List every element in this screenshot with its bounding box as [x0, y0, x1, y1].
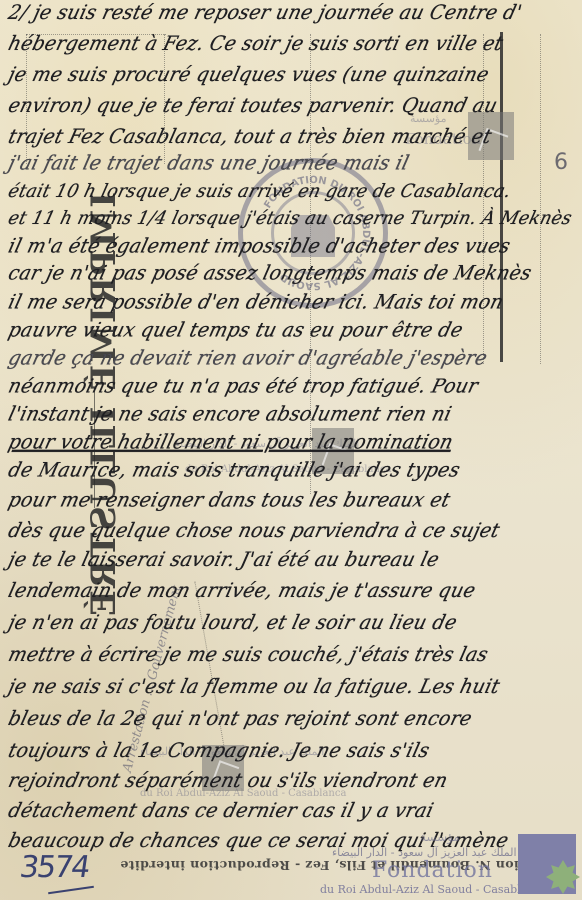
letter-line: dès que quelque chose nous parviendra à … — [6, 519, 502, 542]
foundation-arabic-title: مؤسسة — [420, 830, 460, 844]
letter-line: garde ça ne devait rien avoir d'agréable… — [6, 347, 490, 370]
dotted-guide-line — [540, 34, 541, 364]
letter-line: bleus de la 2e qui n'ont pas rejoint son… — [6, 707, 474, 730]
letter-line: mettre à écrire je me suis couché, j'éta… — [6, 643, 491, 666]
letter-line: 2/ je suis resté me reposer une journée … — [6, 1, 524, 24]
foundation-word: Fondation — [372, 858, 493, 883]
letter-line: et 11 h moins 1/4 lorsque j'étais au cas… — [6, 208, 574, 229]
letter-line: toujours à la 1e Compagnie. Je ne sais s… — [6, 739, 432, 762]
letter-line: je te le laisserai savoir. J'ai été au b… — [6, 548, 442, 571]
postcard-back: FONDATION DU ROI ABDUL-AZIZ AL SAOUD مؤس… — [0, 0, 582, 900]
letter-line: environ) que je te ferai toutes parvenir… — [6, 94, 500, 117]
letter-line: hébergement à Fez. Ce soir je suis sorti… — [6, 32, 505, 55]
foundation-subtitle: du Roi Abdul-Aziz Al Saoud - Casablanca — [320, 883, 547, 896]
letter-line: j'ai fait le trajet dans une journée mai… — [6, 152, 412, 175]
archive-number: 3574 — [18, 850, 91, 885]
dotted-guide-line — [194, 581, 226, 758]
letter-line: l'instant je ne sais encore absolument r… — [6, 403, 454, 426]
page-marker: 6 — [554, 150, 568, 175]
letter-line: je n'en ai pas foutu lourd, et le soir a… — [6, 611, 459, 634]
letter-line: pauvre vieux quel temps tu as eu pour êt… — [6, 319, 465, 342]
letter-line: car je n'ai pas posé assez longtemps mai… — [6, 262, 534, 285]
letter-line: je ne sais si c'est la flemme ou la fati… — [6, 675, 502, 698]
letter-line: rejoindront séparément ou s'ils viendron… — [6, 769, 450, 792]
letter-line: détachement dans ce dernier cas il y a v… — [6, 799, 436, 822]
letter-line: trajet Fez Casablanca, tout a très bien … — [6, 125, 494, 148]
letter-line: néanmoins que tu n'a pas été trop fatigu… — [6, 375, 481, 398]
letter-line: pour me renseigner dans tous les bureaux… — [6, 489, 453, 512]
letter-line: de Maurice, mais sois tranquille j'ai de… — [6, 459, 462, 482]
letter-line: il me sera possible d'en dénicher ici. M… — [6, 291, 506, 314]
letter-line: je me suis procuré quelques vues (une qu… — [6, 63, 491, 86]
letter-line: il m'a été également impossible d'achete… — [6, 235, 513, 258]
letter-line: pour votre habillement ni pour la nomina… — [6, 431, 456, 454]
archive-number-underline — [48, 886, 94, 894]
letter-line: lendemain de mon arrivée, mais je t'assu… — [6, 579, 478, 602]
letter-line: était 10 h lorsque je suis arrivé en gar… — [6, 181, 513, 202]
